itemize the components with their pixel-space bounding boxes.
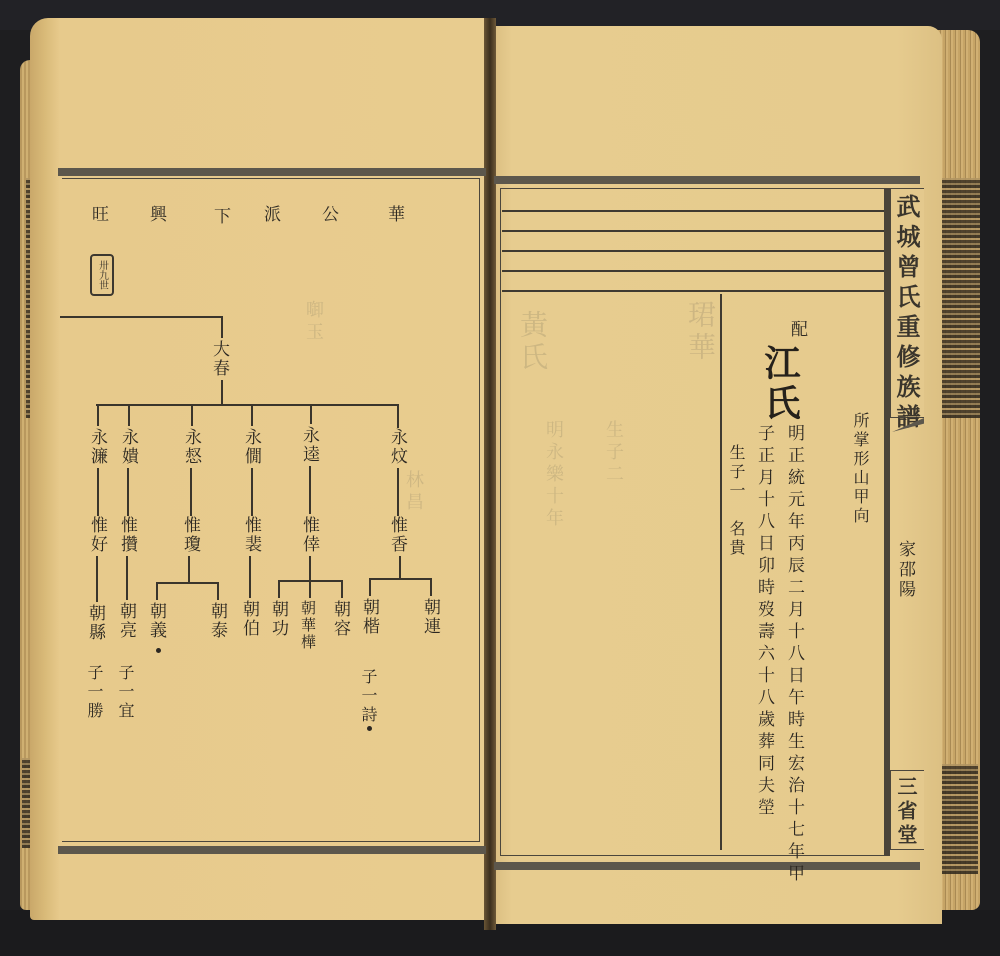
header-char: 旺: [92, 200, 109, 225]
tree-node: 惟倖: [300, 516, 317, 554]
header-char: 興: [150, 200, 167, 225]
tree-node: 惟瓊: [181, 516, 198, 554]
tree-branch: [369, 578, 431, 580]
tree-node: 朝楷: [360, 598, 377, 636]
tree-node: 永濂: [88, 428, 105, 466]
header-char: 華: [388, 200, 405, 225]
tree-branch: [369, 578, 371, 596]
bleed-through-text: 啣玉: [300, 300, 326, 344]
tree-node: 永惄: [182, 428, 199, 466]
bleed-through-text: 黃氏: [512, 310, 552, 374]
spouse-name: 江氏: [762, 344, 798, 424]
tree-node: 朝亮: [117, 602, 134, 640]
tree-node-note: 子一宜: [117, 664, 133, 721]
tree-node: 惟好: [88, 516, 105, 554]
ruled-line: [502, 210, 886, 212]
tree-node: 永炆: [388, 428, 405, 466]
column-divider: [720, 294, 722, 850]
children-note: 生子一 名貴: [728, 444, 744, 558]
spouse-bio-line-1: 明正統元年丙辰二月十八日午時生宏治十七年甲: [785, 424, 802, 886]
tree-branch: [397, 468, 399, 516]
tree-branch: [251, 404, 253, 426]
tree-branch: [190, 468, 192, 516]
tree-node: 惟裴: [242, 516, 259, 554]
tree-node-note: 子一詩: [360, 668, 376, 725]
tree-branch: [127, 468, 129, 516]
burial-note: 所掌形山甲向: [852, 412, 868, 526]
ruled-line: [502, 250, 886, 252]
tree-branch: [96, 556, 98, 602]
residence-note: 家邵陽: [896, 540, 913, 600]
tree-branch: [156, 582, 218, 584]
tree-branch: [191, 404, 193, 426]
tree-node: 朝華樺: [300, 600, 315, 651]
tree-branch: [96, 404, 398, 406]
ruled-line: [502, 270, 886, 272]
tree-node: 惟攢: [118, 516, 135, 554]
tree-node: 朝縣: [86, 604, 103, 642]
tree-branch: [309, 556, 311, 580]
tree-branch: [310, 404, 312, 424]
bleed-through-text: 生子二: [600, 420, 626, 486]
header-char: 公: [322, 200, 339, 225]
tree-branch: [128, 404, 130, 426]
bullet-dot: [156, 648, 161, 653]
tree-branch: [221, 380, 223, 404]
tree-node-root: 大春: [210, 340, 227, 378]
tree-branch: [399, 556, 401, 578]
tree-branch: [341, 580, 343, 598]
ruled-line: [502, 230, 886, 232]
spouse-bio-line-2: 子正月十八日卯時歿壽六十八歲葬同夫塋: [755, 424, 772, 820]
tree-branch: [126, 556, 128, 600]
tree-node: 朝義: [147, 602, 164, 640]
tree-branch: [97, 404, 99, 426]
bullet-dot: [367, 726, 372, 731]
generation-badge: 卅九世: [90, 254, 114, 296]
tree-branch: [60, 316, 222, 318]
tree-node: 永僩: [242, 428, 259, 466]
tree-node: 朝功: [269, 600, 286, 638]
book-title: 武城曾氏重修族譜: [894, 194, 918, 434]
ruled-line: [502, 290, 886, 292]
bleed-through-text: 珺華: [680, 300, 720, 364]
tree-branch: [251, 468, 253, 516]
tree-node-note: 子一勝: [86, 664, 102, 721]
spouse-label: 配: [788, 320, 805, 337]
tree-branch: [217, 582, 219, 600]
header-char: 下: [214, 202, 231, 227]
tree-node: 朝泰: [208, 602, 225, 640]
tree-branch: [309, 466, 311, 514]
tree-branch: [97, 468, 99, 516]
tree-branch: [188, 556, 190, 582]
bleed-through-text: 明永樂十年: [540, 420, 566, 530]
header-char: 派: [264, 200, 281, 225]
tree-branch: [278, 580, 280, 598]
tree-node: 永逵: [300, 426, 317, 464]
tree-branch: [249, 556, 251, 598]
hall-name: 三省堂: [896, 776, 916, 848]
tree-branch: [309, 580, 311, 598]
tree-node: 朝容: [331, 600, 348, 638]
tree-branch: [430, 578, 432, 596]
tree-branch: [156, 582, 158, 600]
tree-node: 朝伯: [240, 600, 257, 638]
tree-branch: [397, 404, 399, 428]
tree-branch: [221, 316, 223, 338]
tree-node: 朝連: [421, 598, 438, 636]
bleed-through-text: 林昌: [400, 470, 426, 514]
tree-node: 永嬇: [119, 428, 136, 466]
tree-node: 惟香: [388, 516, 405, 554]
